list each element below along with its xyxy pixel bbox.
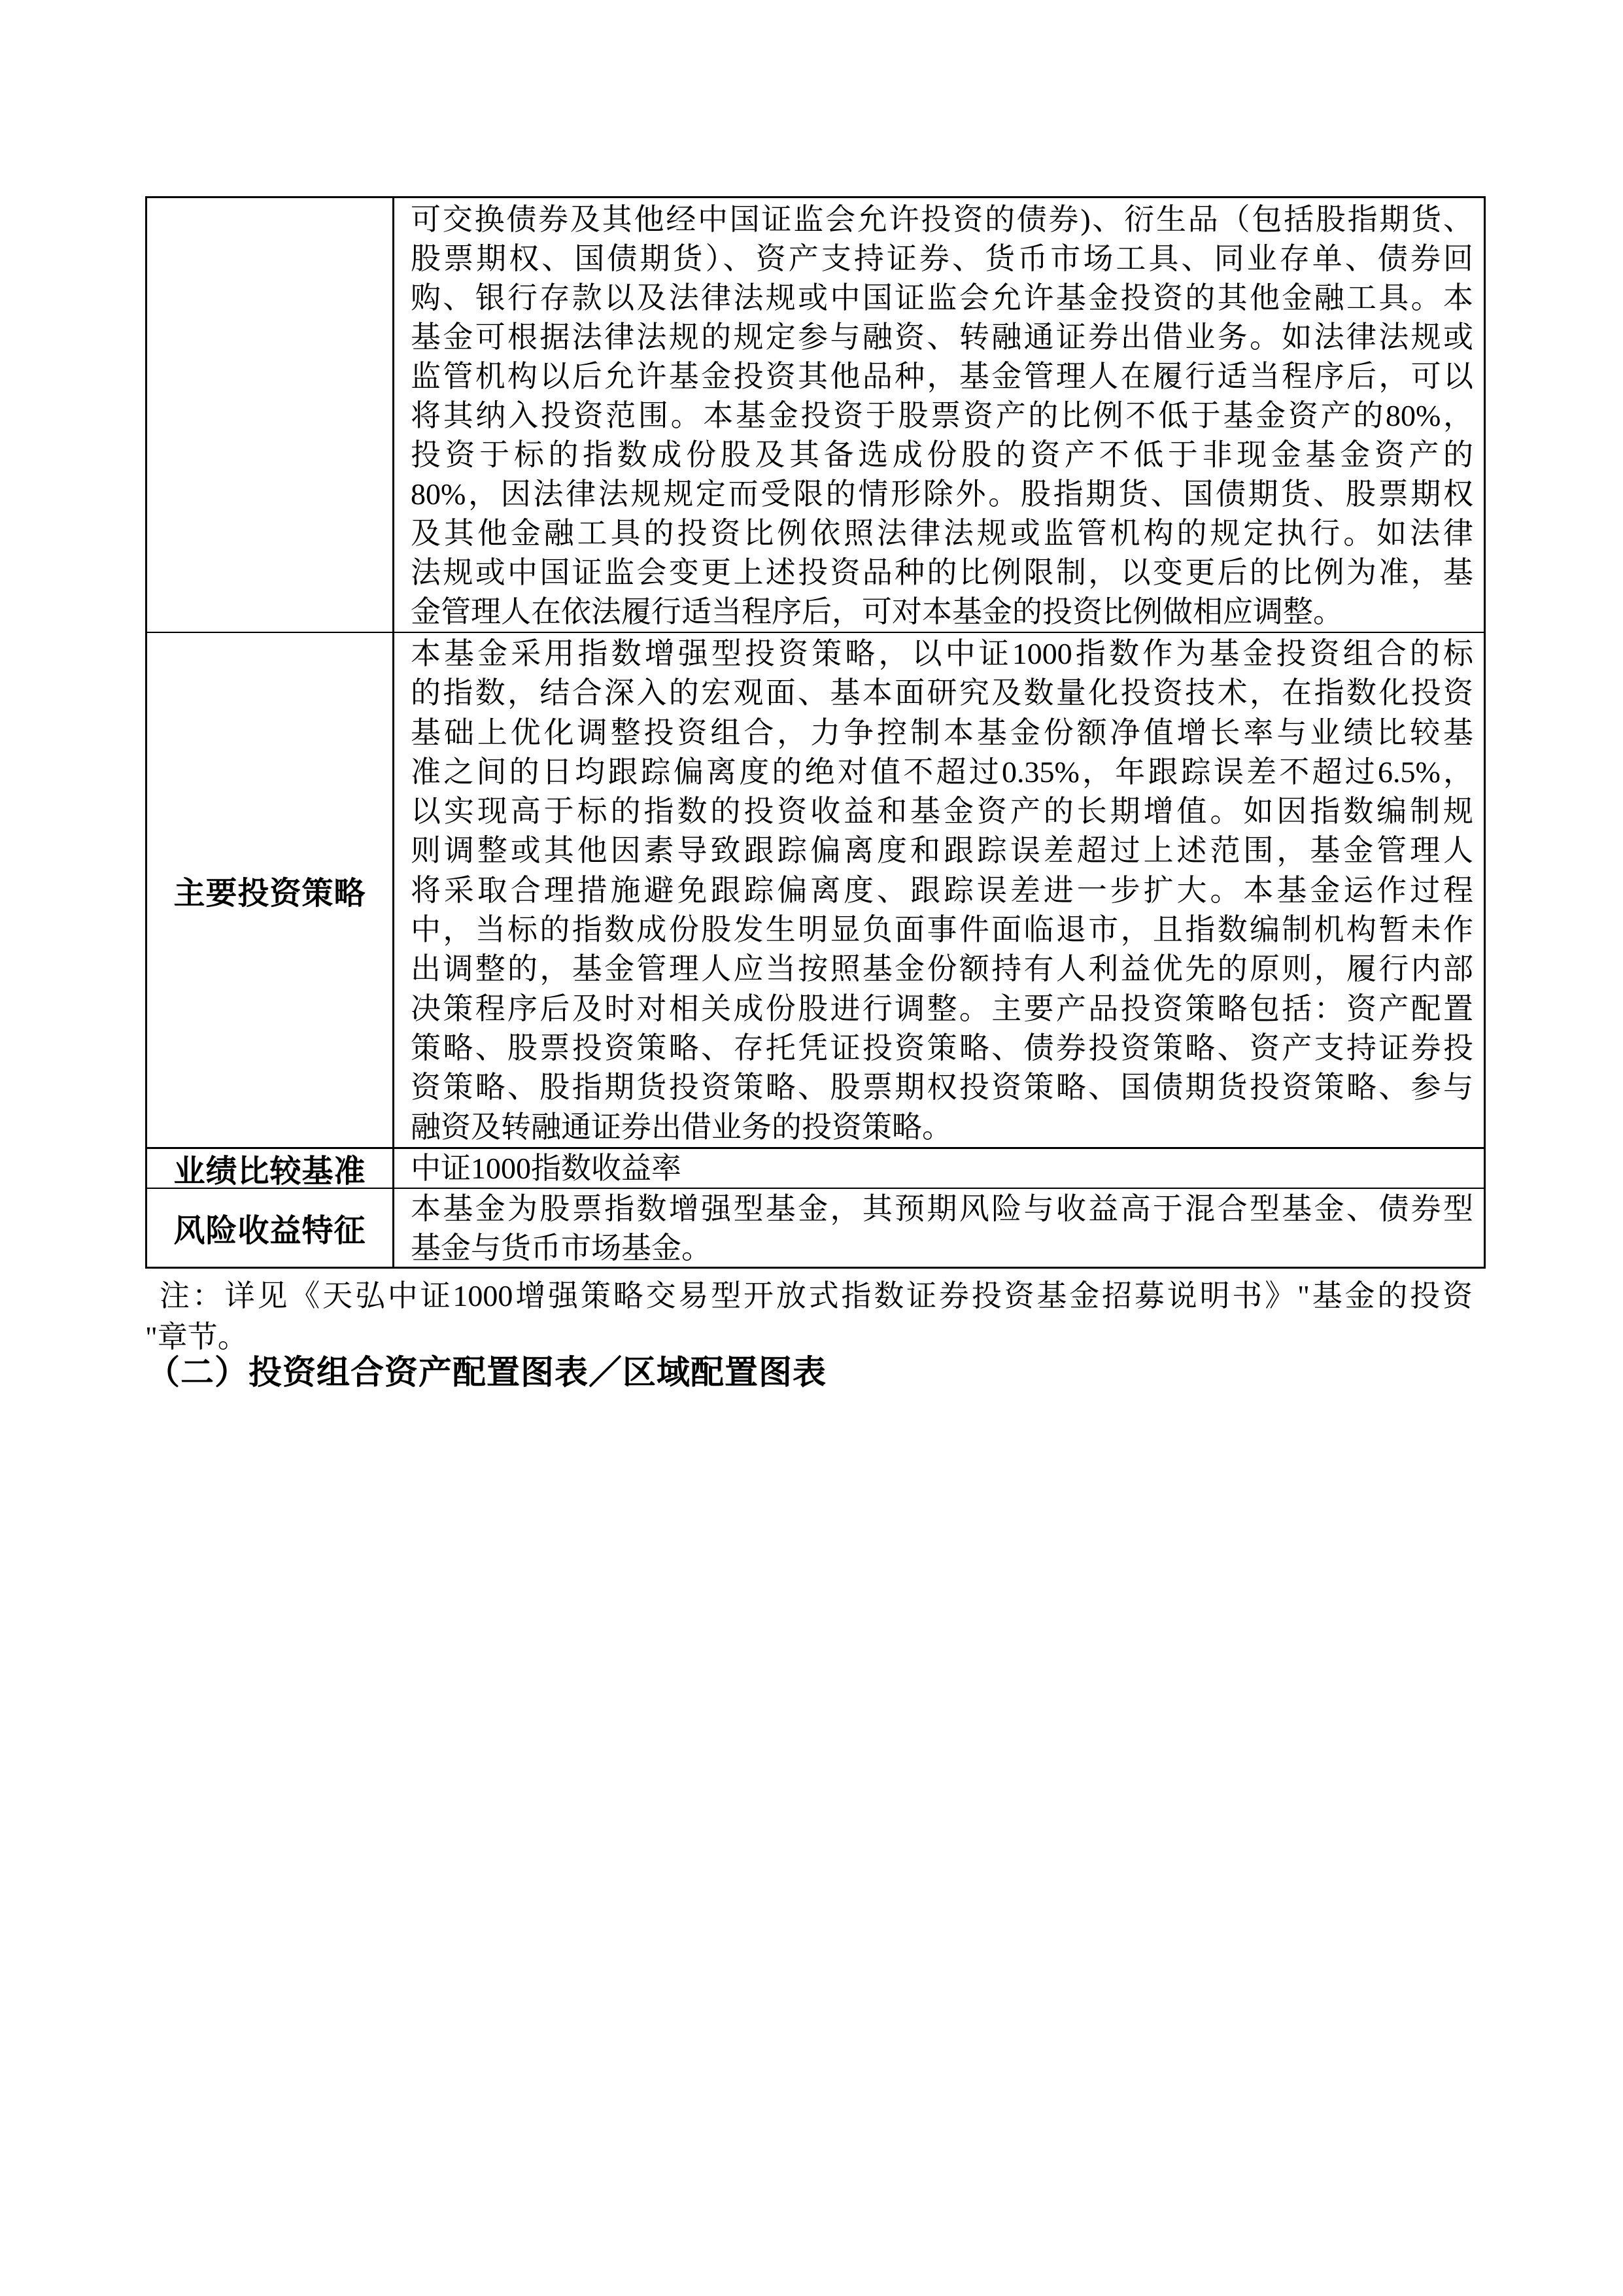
- text-line: 基金可根据法律法规的规定参与融资、转融通证券出借业务。如法律法规或: [411, 318, 1473, 357]
- footnote: 注：详见《天弘中证1000增强策略交易型开放式指数证券投资基金招募说明书》"基金…: [145, 1275, 1473, 1358]
- text-line: 基金与货币市场基金。: [411, 1229, 1473, 1267]
- text-line: 本基金采用指数增强型投资策略，以中证1000指数作为基金投资组合的标: [411, 634, 1473, 674]
- text-line: 中证1000指数收益率: [411, 1150, 1473, 1187]
- text-line: 则调整或其他因素导致跟踪偏离度和跟踪误差超过上述范围，基金管理人: [411, 831, 1473, 870]
- text-line: 策略、股票投资策略、存托凭证投资策略、债券投资策略、资产支持证券投: [411, 1029, 1473, 1068]
- text-line: 的指数，结合深入的宏观面、基本面研究及数量化投资技术，在指数化投资: [411, 674, 1473, 713]
- row-label-benchmark: 业绩比较基准: [147, 1149, 394, 1188]
- text-line: 资策略、股指期货投资策略、股票期权投资策略、国债期货投资策略、参与: [411, 1068, 1473, 1107]
- table-row-benchmark: 业绩比较基准 中证1000指数收益率: [147, 1147, 1484, 1188]
- document-page: 可交换债券及其他经中国证监会允许投资的债券)、衍生品（包括股指期货、 股票期权、…: [0, 0, 1623, 2296]
- text-line: 法规或中国证监会变更上述投资品种的比例限制，以变更后的比例为准，基: [411, 553, 1473, 592]
- text-line: 80%，因法律法规规定而受限的情形除外。股指期货、国债期货、股票期权: [411, 475, 1473, 514]
- row-label-risk-return: 风险收益特征: [147, 1189, 394, 1267]
- text-line: 出调整的，基金管理人应当按照基金份额持有人利益优先的原则，履行内部: [411, 950, 1473, 989]
- text-line: 中，当标的指数成份股发生明显负面事件面临退市，且指数编制机构暂未作: [411, 910, 1473, 950]
- investment-scope-text: 可交换债券及其他经中国证监会允许投资的债券)、衍生品（包括股指期货、 股票期权、…: [394, 198, 1484, 632]
- text-line: 投资于标的指数成份股及其备选成份股的资产不低于非现金基金资产的: [411, 436, 1473, 475]
- risk-return-text: 本基金为股票指数增强型基金，其预期风险与收益高于混合型基金、债券型 基金与货币市…: [394, 1189, 1484, 1267]
- text-line: 准之间的日均跟踪偏离度的绝对值不超过0.35%，年跟踪误差不超过6.5%，: [411, 753, 1473, 792]
- text-line: 本基金为股票指数增强型基金，其预期风险与收益高于混合型基金、债券型: [411, 1190, 1473, 1229]
- text-line: 将采取合理措施避免跟踪偏离度、跟踪误差进一步扩大。本基金运作过程: [411, 871, 1473, 910]
- text-line: 购、银行存款以及法律法规或中国证监会允许基金投资的其他金融工具。本: [411, 279, 1473, 318]
- table-row-risk-return: 风险收益特征 本基金为股票指数增强型基金，其预期风险与收益高于混合型基金、债券型…: [147, 1188, 1484, 1267]
- text-line: 可交换债券及其他经中国证监会允许投资的债券)、衍生品（包括股指期货、: [411, 200, 1473, 239]
- row-label-investment-scope: [147, 198, 394, 632]
- text-line: 及其他金融工具的投资比例依照法律法规或监管机构的规定执行。如法律: [411, 514, 1473, 553]
- row-label-main-strategy: 主要投资策略: [147, 633, 394, 1147]
- section-heading: （二）投资组合资产配置图表／区域配置图表: [146, 1350, 1474, 1396]
- table-row-investment-scope: 可交换债券及其他经中国证监会允许投资的债券)、衍生品（包括股指期货、 股票期权、…: [147, 198, 1484, 632]
- benchmark-text: 中证1000指数收益率: [394, 1149, 1484, 1188]
- text-line: 以实现高于标的指数的投资收益和基金资产的长期增值。如因指数编制规: [411, 792, 1473, 831]
- text-line: 融资及转融通证券出借业务的投资策略。: [411, 1108, 1473, 1147]
- text-line: 基础上优化调整投资组合，力争控制本基金份额净值增长率与业绩比较基: [411, 713, 1473, 753]
- main-strategy-text: 本基金采用指数增强型投资策略，以中证1000指数作为基金投资组合的标 的指数，结…: [394, 633, 1484, 1147]
- text-line: 监管机构以后允许基金投资其他品种，基金管理人在履行适当程序后，可以: [411, 357, 1473, 396]
- text-line: 金管理人在依法履行适当程序后，可对本基金的投资比例做相应调整。: [411, 592, 1473, 632]
- footnote-line: 注：详见《天弘中证1000增强策略交易型开放式指数证券投资基金招募说明书》"基金…: [145, 1275, 1473, 1316]
- text-line: 决策程序后及时对相关成份股进行调整。主要产品投资策略包括：资产配置: [411, 989, 1473, 1029]
- text-line: 将其纳入投资范围。本基金投资于股票资产的比例不低于基金资产的80%，: [411, 396, 1473, 436]
- fund-info-table: 可交换债券及其他经中国证监会允许投资的债券)、衍生品（包括股指期货、 股票期权、…: [145, 196, 1486, 1269]
- table-row-main-strategy: 主要投资策略 本基金采用指数增强型投资策略，以中证1000指数作为基金投资组合的…: [147, 632, 1484, 1147]
- text-line: 股票期权、国债期货）、资产支持证券、货币市场工具、同业存单、债券回: [411, 239, 1473, 279]
